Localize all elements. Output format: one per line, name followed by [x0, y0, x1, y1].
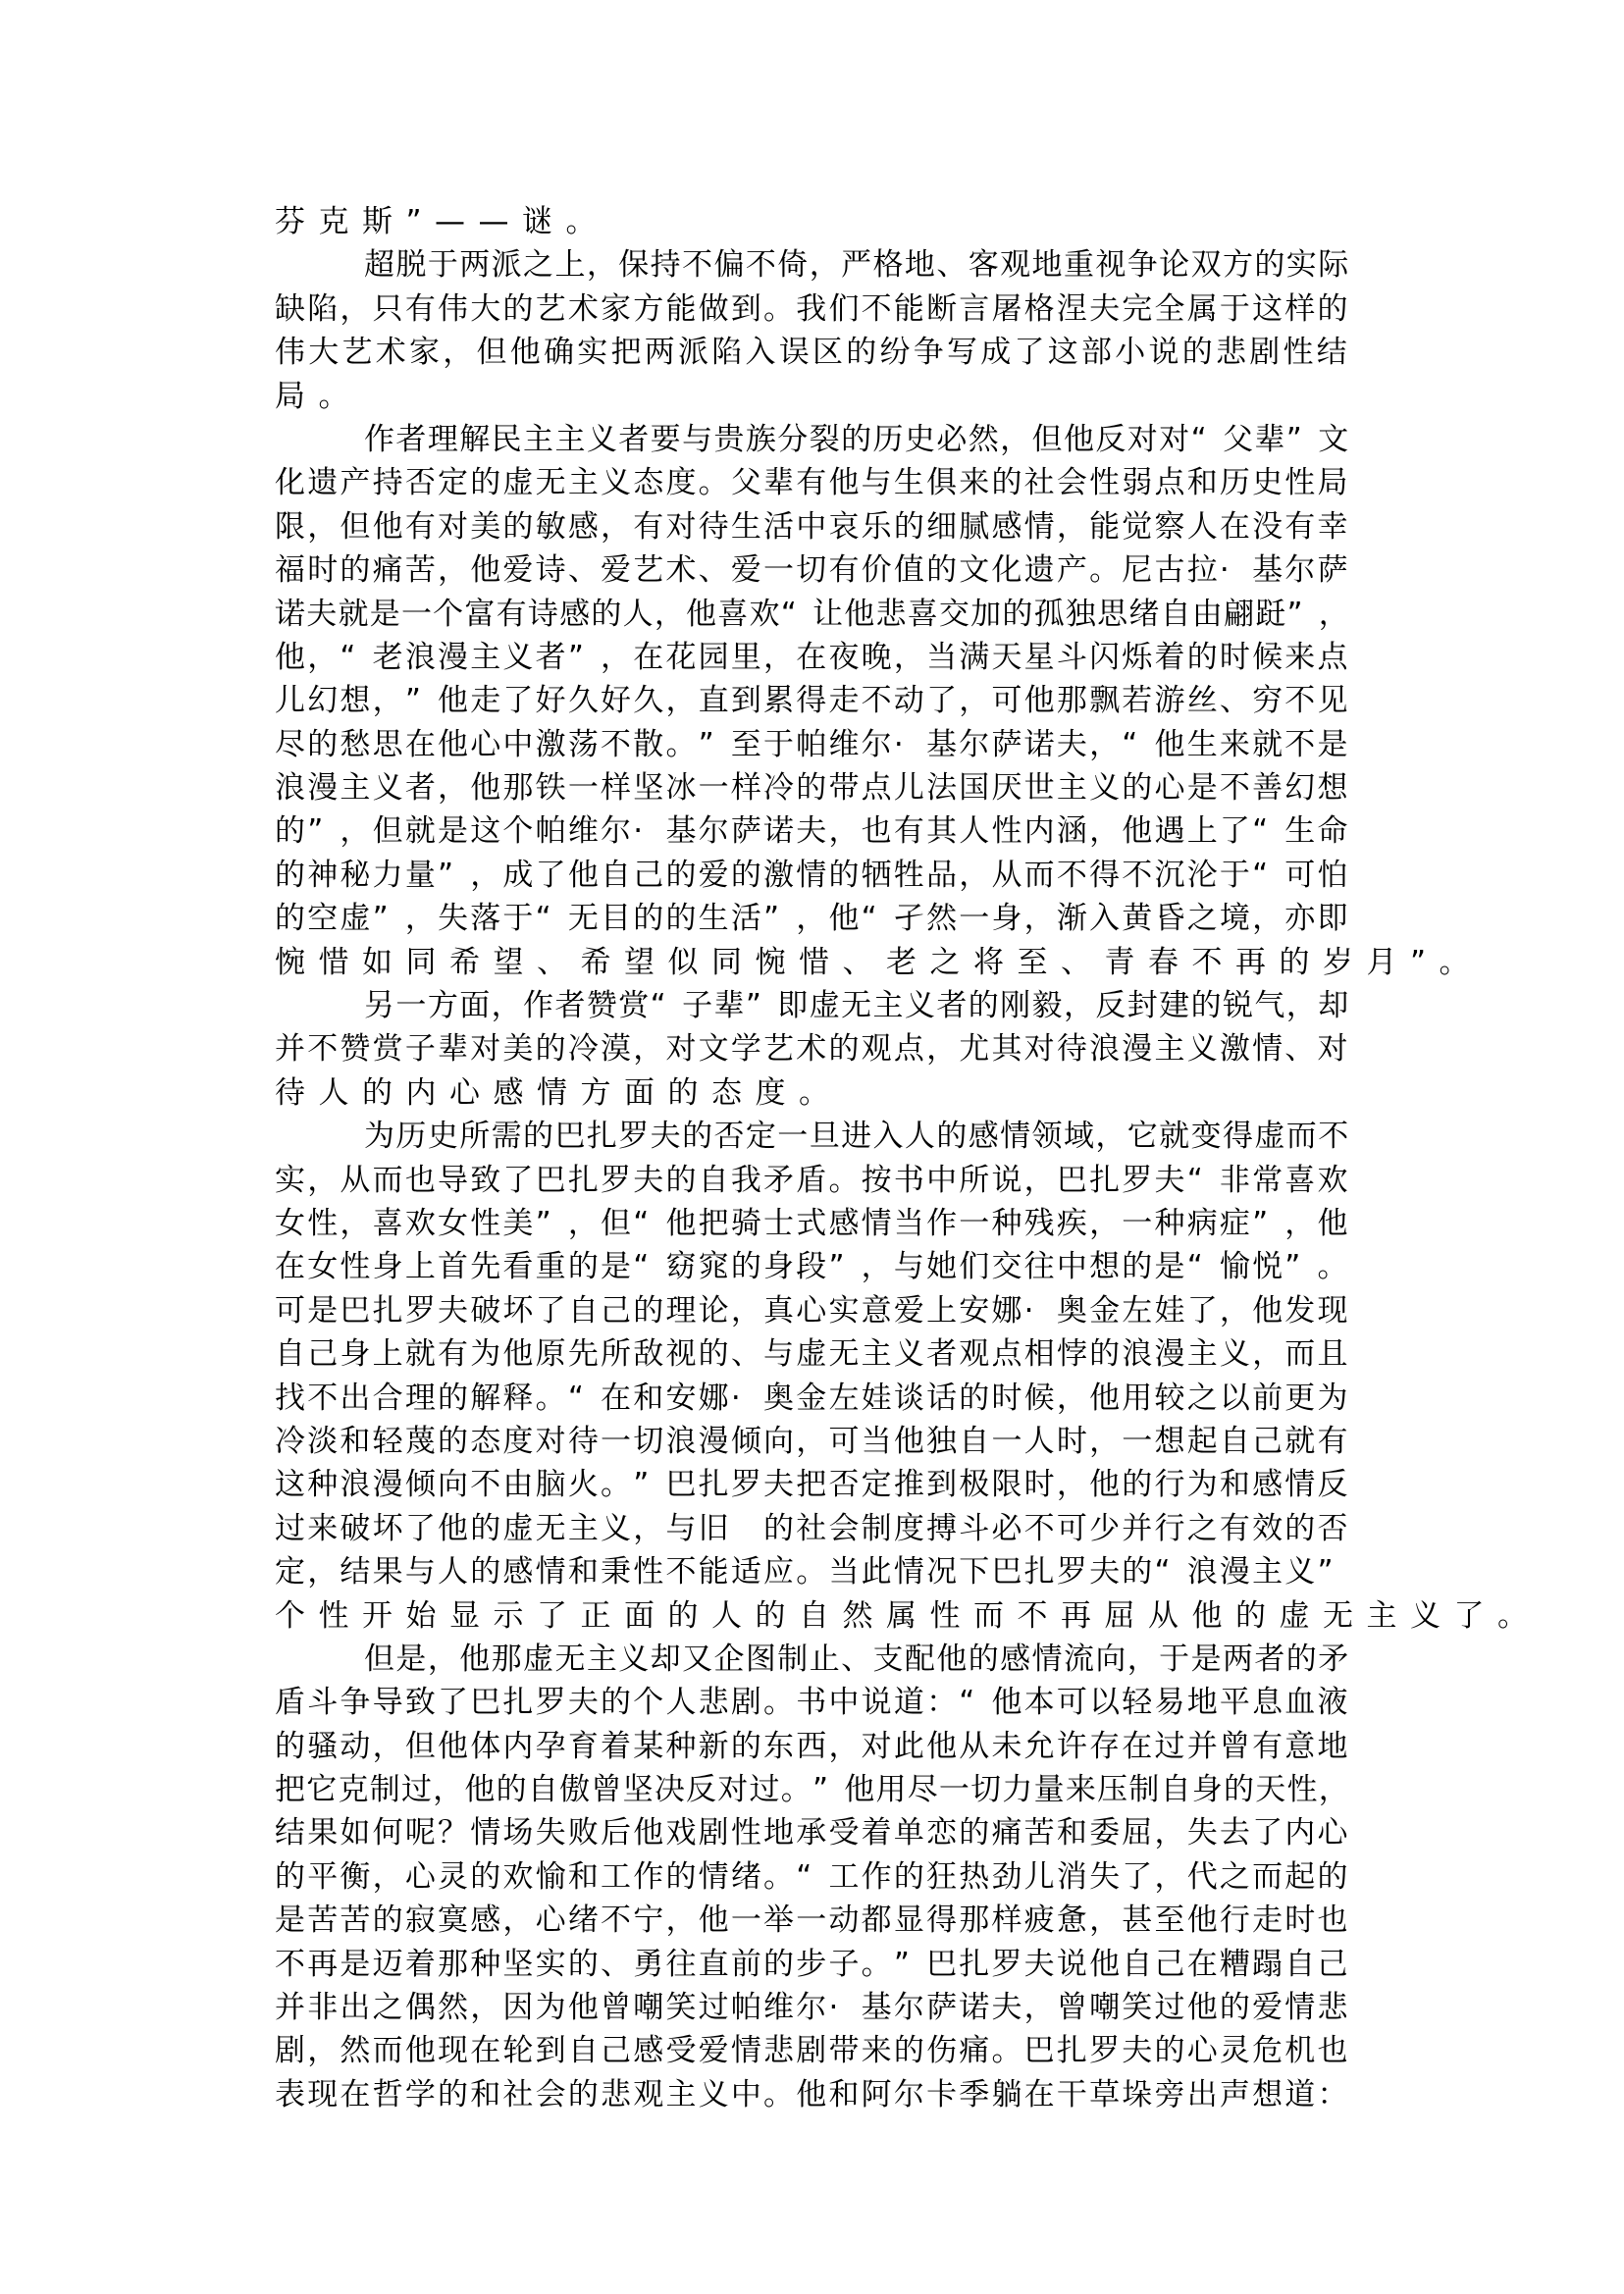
text-line: 在女性身上首先看重的是“窈窕的身段”，与她们交往中想的是“愉悦”。: [275, 1245, 1350, 1288]
text-line: 并不赞赏子辈对美的冷漠，对文学艺术的观点，尤其对待浪漫主义激情、对: [275, 1027, 1350, 1070]
text-line: 的空虚”，失落于“无目的的生活”，他“孑然一身，渐入黄昏之境，亦即: [275, 897, 1350, 940]
text-line: 可是巴扎罗夫破坏了自己的理论，真心实意爱上安娜·奥金左娃了，他发现: [275, 1289, 1350, 1332]
text-line: 这种浪漫倾向不由脑火。”巴扎罗夫把否定推到极限时，他的行为和感情反: [275, 1463, 1350, 1506]
text-line: 把它克制过，他的自傲曾坚决反对过。”他用尽一切力量来压制自身的天性，: [275, 1768, 1350, 1811]
text-line: 的”，但就是这个帕维尔·基尔萨诺夫，也有其人性内涵，他遇上了“生命: [275, 809, 1350, 853]
text-line: 尽的愁思在他心中激荡不散。”至于帕维尔·基尔萨诺夫，“他生来就不是: [275, 723, 1350, 766]
text-line: 并非出之偶然，因为他曾嘲笑过帕维尔·基尔萨诺夫，曾嘲笑过他的爱情悲: [275, 1986, 1350, 2029]
text-line: 的神秘力量”，成了他自己的爱的激情的牺牲品，从而不得不沉沦于“可怕: [275, 854, 1350, 897]
paragraph-first-line: 另一方面，作者赞赏“子辈”即虚无主义者的刚毅，反封建的锐气，却: [275, 984, 1350, 1027]
paragraph-first-line: 超脱于两派之上，保持不偏不倚，严格地、客观地重视争论双方的实际: [275, 243, 1350, 287]
text-line: 结果如何呢？情场失败后他戏剧性地承受着单恋的痛苦和委屈，失去了内心: [275, 1811, 1350, 1854]
text-line: 福时的痛苦，他爱诗、爱艺术、爱一切有价值的文化遗产。尼古拉·基尔萨: [275, 548, 1350, 592]
text-line: 找不出合理的解释。“在和安娜·奥金左娃谈话的时候，他用较之以前更为: [275, 1377, 1350, 1420]
text-line: 不再是迈着那种坚实的、勇往直前的步子。”巴扎罗夫说他自己在糟蹋自己: [275, 1943, 1350, 1986]
text-line: 实，从而也导致了巴扎罗夫的自我矛盾。按书中所说，巴扎罗夫“非常喜欢: [275, 1159, 1350, 1202]
paragraph-first-line: 为历史所需的巴扎罗夫的否定一旦进入人的感情领域，它就变得虚而不: [275, 1115, 1350, 1158]
text-line: 表现在哲学的和社会的悲观主义中。他和阿尔卡季躺在干草垛旁出声想道：: [275, 2073, 1350, 2116]
text-line: 自己身上就有为他原先所敌视的、与虚无主义者观点相悖的浪漫主义，而且: [275, 1332, 1350, 1376]
text-line: 剧，然而他现在轮到自己感受爱情悲剧带来的伤痛。巴扎罗夫的心灵危机也: [275, 2029, 1350, 2072]
paragraph-last-line: 待人的内心感情方面的态度。: [275, 1071, 1350, 1115]
text-line: 是苦苦的寂寞感，心绪不宁，他一举一动都显得那样疲惫，甚至他行走时也: [275, 1899, 1350, 1942]
text-line: 芬克斯”——谜。: [275, 200, 1350, 243]
text-line: 的骚动，但他体内孕育着某种新的东西，对此他从未允许存在过并曾有意地: [275, 1725, 1350, 1768]
text-line: 女性，喜欢女性美”，但“他把骑士式感情当作一种残疾，一种病症”，他: [275, 1202, 1350, 1245]
text-line: 伟大艺术家，但他确实把两派陷入误区的纷争写成了这部小说的悲剧性结: [275, 331, 1350, 374]
paragraph-first-line: 作者理解民主主义者要与贵族分裂的历史必然，但他反对对“父辈”文: [275, 418, 1350, 461]
paragraph-last-line: 局。: [275, 375, 1350, 418]
text-line: 缺陷，只有伟大的艺术家方能做到。我们不能断言屠格涅夫完全属于这样的: [275, 287, 1350, 331]
text-line: 定，结果与人的感情和秉性不能适应。当此情况下巴扎罗夫的“浪漫主义”: [275, 1550, 1350, 1593]
text-line: 他，“老浪漫主义者”，在花园里，在夜晚，当满天星斗闪烁着的时候来点: [275, 636, 1350, 679]
text-line: 限，但他有对美的敏感，有对待生活中哀乐的细腻感情，能觉察人在没有幸: [275, 505, 1350, 548]
document-page: 芬克斯”——谜。 超脱于两派之上，保持不偏不倚，严格地、客观地重视争论双方的实际…: [275, 200, 1350, 2116]
text-line: 冷淡和轻蔑的态度对待一切浪漫倾向，可当他独自一人时，一想起自己就有: [275, 1420, 1350, 1463]
paragraph-first-line: 但是，他那虚无主义却又企图制止、支配他的感情流向，于是两者的矛: [275, 1638, 1350, 1681]
text-line: 盾斗争导致了巴扎罗夫的个人悲剧。书中说道：“他本可以轻易地平息血液: [275, 1681, 1350, 1724]
paragraph-last-line: 惋惜如同希望、希望似同惋惜、老之将至、青春不再的岁月”。: [275, 941, 1350, 984]
text-line: 浪漫主义者，他那铁一样坚冰一样冷的带点儿法国厌世主义的心是不善幻想: [275, 766, 1350, 809]
text-line: 化遗产持否定的虚无主义态度。父辈有他与生俱来的社会性弱点和历史性局: [275, 461, 1350, 504]
text-line: 的平衡，心灵的欢愉和工作的情绪。“工作的狂热劲儿消失了，代之而起的: [275, 1855, 1350, 1899]
text-line: 儿幻想，”他走了好久好久，直到累得走不动了，可他那飘若游丝、穷不见: [275, 679, 1350, 722]
text-line: 诺夫就是一个富有诗感的人，他喜欢“让他悲喜交加的孤独思绪自由翩跹”，: [275, 593, 1350, 636]
paragraph-last-line: 个性开始显示了正面的人的自然属性而不再屈从他的虚无主义了。: [275, 1594, 1350, 1638]
text-line: 过来破坏了他的虚无主义，与旧 的社会制度搏斗必不可少并行之有效的否: [275, 1507, 1350, 1550]
